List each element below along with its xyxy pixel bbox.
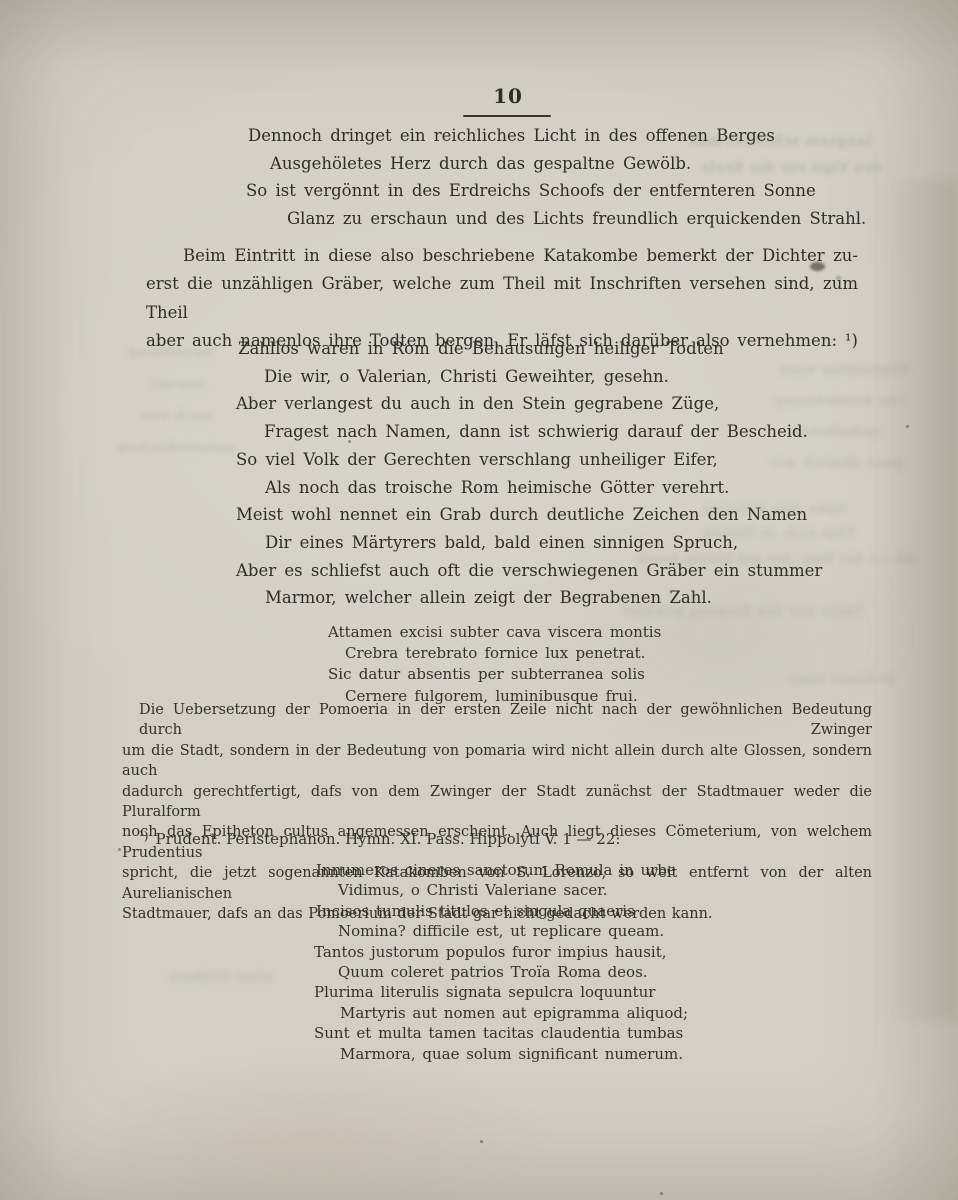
verse-line: Meist wohl nennet ein Grab durch deutlic… [236, 501, 822, 529]
verse-line: Marmor, welcher allein zeigt der Begrabe… [265, 584, 822, 612]
verse-line: Zahllos waren in Rom die Behausungen hei… [238, 335, 822, 363]
verse-line: Incisos tumulis titulos et singula quaer… [316, 901, 688, 921]
verse-line: Ausgehöletes Herz durch das gespaltne Ge… [270, 150, 866, 178]
show-through-text: Wohllaut stets [788, 672, 896, 687]
text-line: dadurch gerechtfertigt, dafs von dem Zwi… [122, 782, 872, 823]
verse-line: Dennoch dringet ein reichliches Licht in… [248, 122, 866, 150]
footnote-latin-verse: Innumeros cineres sanctorum Romula in ur… [314, 860, 688, 1064]
verse-line: Dir eines Märtyrers bald, bald einen sin… [265, 529, 822, 557]
verse-line: Sunt et multa tamen tacitas claudentia t… [314, 1023, 688, 1043]
latin-quote: Attamen excisi subter cava viscera monti… [328, 622, 661, 707]
poem-german-translation: Zahllos waren in Rom die Behausungen hei… [236, 335, 822, 612]
verse-line: Crebra terebrato fornice lux penetrat. [345, 643, 661, 664]
verse-line: Quum coleret patrios Troïa Roma deos. [338, 962, 688, 982]
verse-line: Tantos justorum populos furor impius hau… [314, 942, 688, 962]
show-through-text: sowohl [150, 377, 206, 393]
verse-line: Aber verlangest du auch in den Stein geg… [236, 390, 822, 418]
text-line: Die Uebersetzung der Pomoeria in der ers… [122, 700, 872, 741]
poem-german-intro: Dennoch dringet ein reichliches Licht in… [246, 122, 866, 232]
verse-line: Sic datur absentis per subterranea solis [328, 664, 661, 685]
ink-smudge [810, 262, 825, 271]
verse-line: Plurima literulis signata sepulcra loquu… [314, 982, 688, 1002]
show-through-text: unterirdischen [116, 440, 235, 456]
verse-line: Vidimus, o Christi Valeriane sacer. [338, 880, 688, 900]
verse-line: Glanz zu erschaun und des Lichts freundl… [287, 205, 866, 233]
footnote: ¹)Prudent. Peristephanon. Hymn. XI. Pass… [139, 829, 620, 848]
ink-smudge [836, 276, 841, 280]
verse-line: Marmora, quae solum significant numerum. [340, 1044, 688, 1064]
verse-line: So viel Volk der Gerechten verschlang un… [236, 446, 822, 474]
ink-speck [348, 440, 351, 443]
page-number-rule [463, 115, 551, 117]
ink-speck [118, 848, 121, 851]
text-line: um die Stadt, sondern in der Bedeutung v… [122, 741, 872, 782]
footnote-reference: Prudent. Peristephanon. Hymn. XI. Pass. … [156, 830, 621, 848]
paper-stain [120, 1055, 550, 1200]
show-through-text: auch von [140, 408, 212, 424]
verse-line: Als noch das troische Rom heimische Gött… [265, 474, 822, 502]
ink-speck [660, 1192, 663, 1195]
verse-line: Martyris aut nomen aut epigramma aliquod… [340, 1003, 688, 1023]
verse-line: Nomina? difficile est, ut replicare quea… [338, 921, 688, 941]
text-line: Beim Eintritt in diese also beschriebene… [146, 242, 858, 270]
page-number: 10 [464, 84, 552, 108]
scanned-book-page: langsam schreitet man des Vigil vor die … [0, 0, 958, 1200]
verse-line: Attamen excisi subter cava viscera monti… [328, 622, 661, 643]
ink-speck [480, 1140, 483, 1143]
footnote-marker: ¹) [139, 829, 149, 843]
paper-stain [878, 180, 958, 1020]
text-line: erst die unzähligen Gräber, welche zum T… [146, 270, 858, 327]
verse-line: Die wir, o Valerian, Christi Geweihter, … [264, 363, 822, 391]
paper-stain [0, 0, 958, 64]
show-through-text: alten Gräbern [168, 970, 273, 985]
verse-line: So ist vergönnt in des Erdreichs Schoofs… [246, 177, 866, 205]
ink-speck [906, 425, 909, 428]
verse-line: Aber es schliefst auch oft die verschwie… [236, 557, 822, 585]
verse-line: Innumeros cineres sanctorum Romula in ur… [316, 860, 688, 880]
